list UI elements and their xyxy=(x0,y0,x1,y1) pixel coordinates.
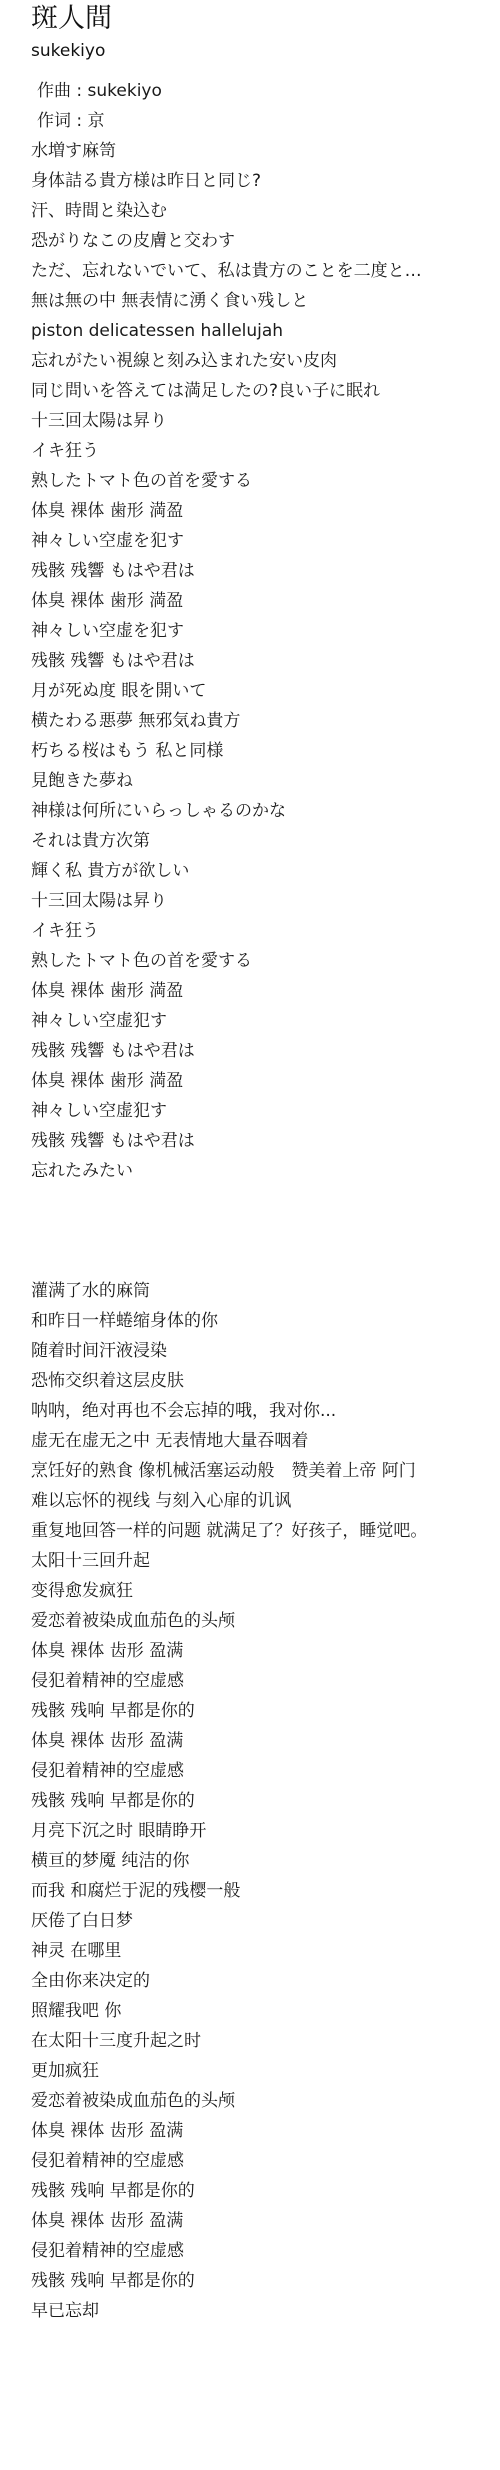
lyric-line: 身体詰る貴方様は昨日と同じ? xyxy=(31,166,500,196)
lyric-line: 爱恋着被染成血茄色的头颅 xyxy=(31,2086,500,2116)
lyric-line: 呐呐，绝对再也不会忘掉的哦，我对你... xyxy=(31,1396,500,1426)
lyric-line: 横たわる悪夢 無邪気ね貴方 xyxy=(31,706,500,736)
lyric-line: 恐怖交织着这层皮肤 xyxy=(31,1366,500,1396)
lyric-line: 体臭 裸体 齿形 盈满 xyxy=(31,2116,500,2146)
credit-line: 作词 : 京 xyxy=(31,106,500,136)
lyric-line: 体臭 裸体 歯形 満盈 xyxy=(31,496,500,526)
lyric-line: 体臭 裸体 齿形 盈满 xyxy=(31,2206,500,2236)
lyric-line: 体臭 裸体 歯形 満盈 xyxy=(31,1066,500,1096)
lyric-line: 忘れがたい視線と刻み込まれた安い皮肉 xyxy=(31,346,500,376)
lyric-line: 熟したトマト色の首を愛する xyxy=(31,466,500,496)
section-spacer xyxy=(31,1216,500,1246)
lyric-line: 照耀我吧 你 xyxy=(31,1996,500,2026)
lyric-line: 神々しい空虚を犯す xyxy=(31,526,500,556)
lyric-line: 十三回太陽は昇り xyxy=(31,886,500,916)
lyrics-chinese: 灌满了水的麻筒和昨日一样蜷缩身体的你随着时间汗液浸染恐怖交织着这层皮肤呐呐，绝对… xyxy=(31,1276,500,2326)
lyric-line: 残骸 残响 早都是你的 xyxy=(31,1696,500,1726)
lyric-line: piston delicatessen hallelujah xyxy=(31,316,500,346)
lyric-line: 残骸 残响 早都是你的 xyxy=(31,2176,500,2206)
lyric-line: イキ狂う xyxy=(31,916,500,946)
lyric-line: 侵犯着精神的空虚感 xyxy=(31,1666,500,1696)
lyric-line: 侵犯着精神的空虚感 xyxy=(31,1756,500,1786)
lyric-line: 無は無の中 無表情に湧く食い残しと xyxy=(31,286,500,316)
lyric-line: 烹饪好的熟食 像机械活塞运动般 赞美着上帝 阿门 xyxy=(31,1456,500,1486)
lyric-line: 同じ問いを答えては満足したの?良い子に眠れ xyxy=(31,376,500,406)
lyric-line: 体臭 裸体 齿形 盈满 xyxy=(31,1726,500,1756)
lyric-line: イキ狂う xyxy=(31,436,500,466)
lyric-line: 残骸 残響 もはや君は xyxy=(31,1036,500,1066)
lyric-line: 变得愈发疯狂 xyxy=(31,1576,500,1606)
lyric-line: 难以忘怀的视线 与刻入心扉的讥讽 xyxy=(31,1486,500,1516)
section-spacer xyxy=(31,1246,500,1276)
lyric-line: 残骸 残響 もはや君は xyxy=(31,556,500,586)
lyric-line: 体臭 裸体 齿形 盈满 xyxy=(31,1636,500,1666)
lyric-line: 在太阳十三度升起之时 xyxy=(31,2026,500,2056)
lyric-line: 体臭 裸体 歯形 満盈 xyxy=(31,976,500,1006)
section-spacer xyxy=(31,1186,500,1216)
lyric-line: ただ、忘れないでいて、私は貴方のことを二度と… xyxy=(31,256,500,286)
lyric-line: 爱恋着被染成血茄色的头颅 xyxy=(31,1606,500,1636)
lyrics-body: 作曲 : sukekiyo作词 : 京 水増す麻笥身体詰る貴方様は昨日と同じ?汗… xyxy=(31,76,500,2326)
lyric-line: 神々しい空虚犯す xyxy=(31,1096,500,1126)
credits-block: 作曲 : sukekiyo作词 : 京 xyxy=(31,76,500,136)
lyrics-japanese: 水増す麻笥身体詰る貴方様は昨日と同じ?汗、時間と染込む恐がりなこの皮膚と交わすた… xyxy=(31,136,500,1186)
lyric-line: 神様は何所にいらっしゃるのかな xyxy=(31,796,500,826)
lyric-line: 残骸 残響 もはや君は xyxy=(31,646,500,676)
song-title: 斑人間 xyxy=(31,0,500,36)
lyric-line: 厌倦了白日梦 xyxy=(31,1906,500,1936)
lyric-line: 月亮下沉之时 眼睛睁开 xyxy=(31,1816,500,1846)
lyric-line: 随着时间汗液浸染 xyxy=(31,1336,500,1366)
lyric-line: 和昨日一样蜷缩身体的你 xyxy=(31,1306,500,1336)
lyric-line: 侵犯着精神的空虚感 xyxy=(31,2236,500,2266)
lyric-line: 恐がりなこの皮膚と交わす xyxy=(31,226,500,256)
song-artist: sukekiyo xyxy=(31,40,500,62)
lyric-line: 輝く私 貴方が欲しい xyxy=(31,856,500,886)
lyric-line: 全由你来决定的 xyxy=(31,1966,500,1996)
lyric-line: 神々しい空虚犯す xyxy=(31,1006,500,1036)
lyric-line: 横亘的梦魇 纯洁的你 xyxy=(31,1846,500,1876)
lyric-line: 残骸 残响 早都是你的 xyxy=(31,1786,500,1816)
lyric-line: 残骸 残響 もはや君は xyxy=(31,1126,500,1156)
lyric-line: 忘れたみたい xyxy=(31,1156,500,1186)
lyric-line: 汗、時間と染込む xyxy=(31,196,500,226)
lyric-line: 更加疯狂 xyxy=(31,2056,500,2086)
lyric-line: 見飽きた夢ね xyxy=(31,766,500,796)
lyric-line: 十三回太陽は昇り xyxy=(31,406,500,436)
lyric-line: 重复地回答一样的问题 就满足了？好孩子，睡觉吧。 xyxy=(31,1516,500,1546)
lyric-line: 残骸 残响 早都是你的 xyxy=(31,2266,500,2296)
lyric-line: 朽ちる桜はもう 私と同様 xyxy=(31,736,500,766)
lyric-line: 灌满了水的麻筒 xyxy=(31,1276,500,1306)
lyric-line: 神々しい空虚を犯す xyxy=(31,616,500,646)
lyric-line: 神灵 在哪里 xyxy=(31,1936,500,1966)
lyric-line: 早已忘却 xyxy=(31,2296,500,2326)
lyric-line: 水増す麻笥 xyxy=(31,136,500,166)
lyric-line: 月が死ぬ度 眼を開いて xyxy=(31,676,500,706)
credit-line: 作曲 : sukekiyo xyxy=(31,76,500,106)
lyrics-page: 斑人間 sukekiyo 作曲 : sukekiyo作词 : 京 水増す麻笥身体… xyxy=(0,0,500,2326)
lyric-line: 熟したトマト色の首を愛する xyxy=(31,946,500,976)
lyric-line: 而我 和腐烂于泥的残樱一般 xyxy=(31,1876,500,1906)
lyric-line: それは貴方次第 xyxy=(31,826,500,856)
lyric-line: 太阳十三回升起 xyxy=(31,1546,500,1576)
lyric-line: 虚无在虚无之中 无表情地大量吞咽着 xyxy=(31,1426,500,1456)
lyric-line: 侵犯着精神的空虚感 xyxy=(31,2146,500,2176)
lyric-line: 体臭 裸体 歯形 満盈 xyxy=(31,586,500,616)
